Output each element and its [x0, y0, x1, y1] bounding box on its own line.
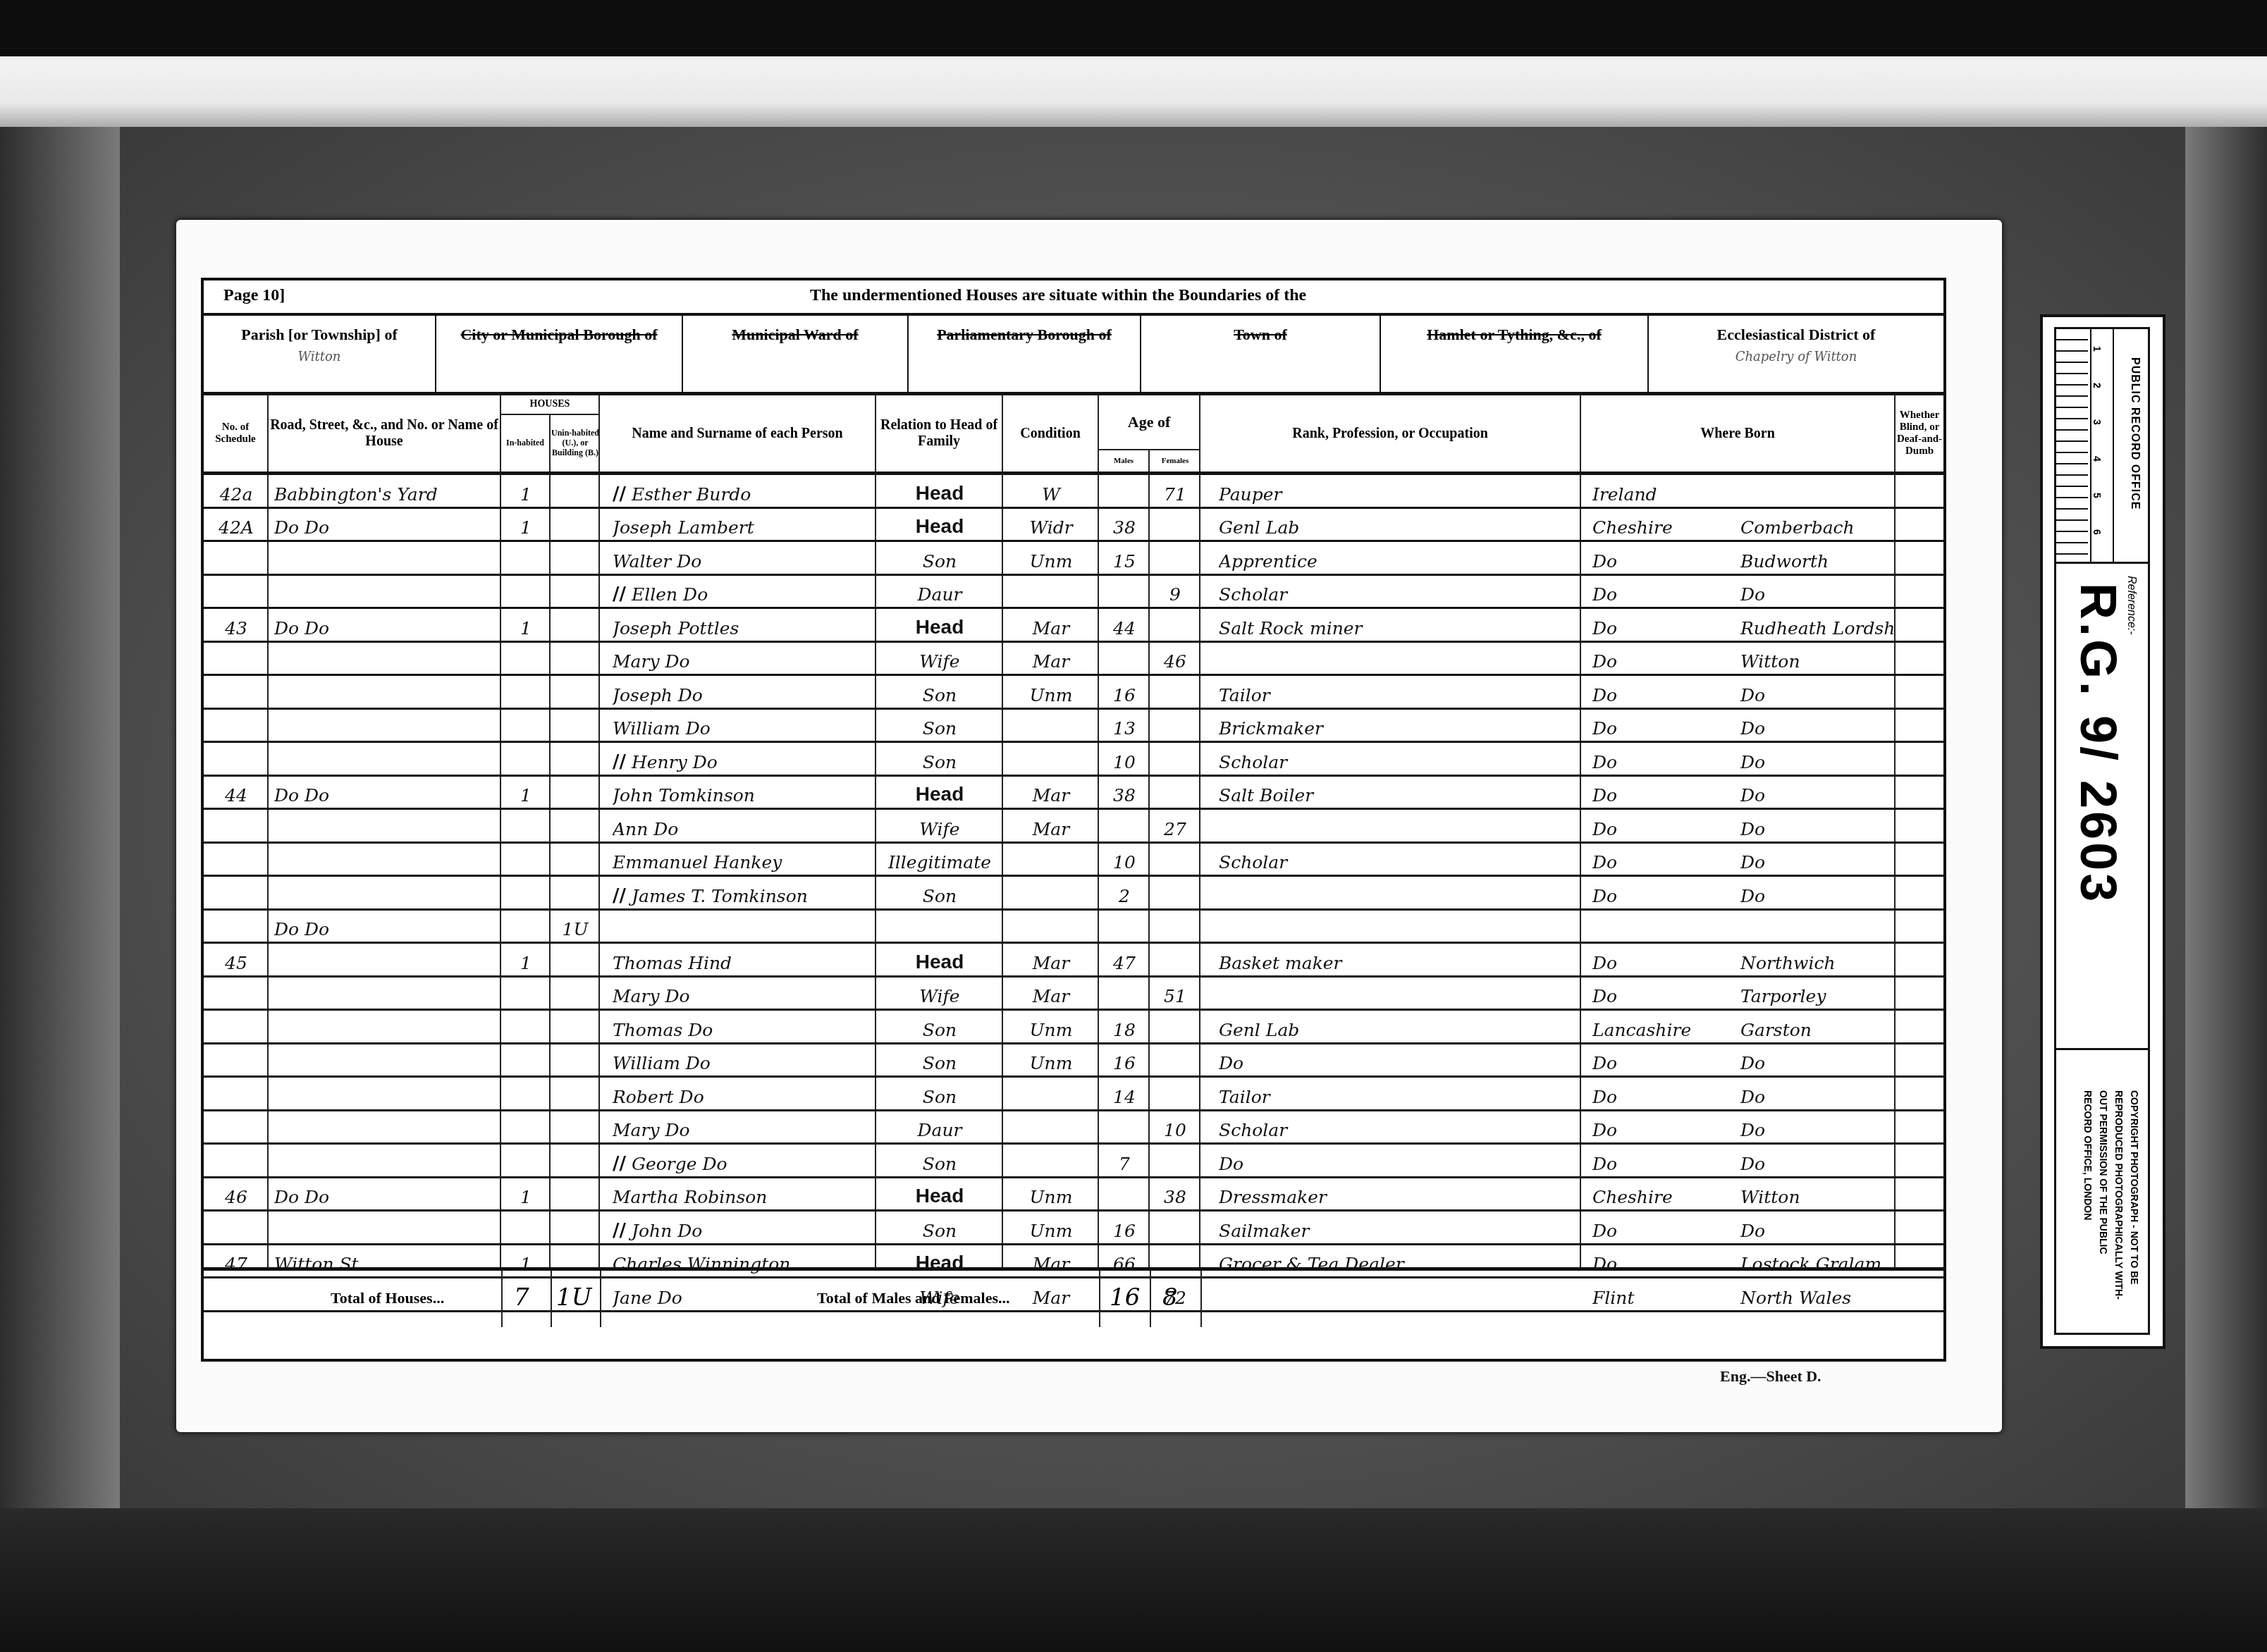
born-county-cell-text: Do [1592, 1087, 1617, 1107]
relation-cell: Illegitimate [876, 844, 1003, 877]
male-age-cell-text: 10 [1113, 752, 1136, 772]
schedule-number [204, 1145, 269, 1178]
inhabited-cell [501, 1044, 551, 1078]
relation-cell: Son [876, 1212, 1003, 1245]
schedule-number [204, 1078, 269, 1111]
schedule-number-text: 46 [225, 1187, 247, 1207]
occupation-cell-text: Scholar [1219, 584, 1287, 605]
born-county-cell-text: Do [1592, 953, 1617, 973]
relation-cell-text: Son [923, 1221, 957, 1241]
occupation-cell: Scholar [1219, 1111, 1578, 1145]
relation-cell-text: Son [923, 886, 957, 906]
occupation-cell-text: Dressmaker [1219, 1187, 1327, 1207]
born-place-cell: Witton [1740, 1178, 1896, 1212]
sheet-footer: Eng.—Sheet D. [1720, 1367, 1821, 1386]
born-place-cell-text: Northwich [1740, 953, 1836, 973]
male-age-cell-text: 38 [1113, 517, 1136, 538]
occupation-cell: Tailor [1219, 676, 1578, 710]
uninhabited-cell [551, 710, 600, 744]
relation-cell-text: Wife [919, 819, 959, 839]
relation-cell: Son [876, 1011, 1003, 1044]
born-county-cell: Do [1592, 1145, 1733, 1178]
relation-cell-text: Son [923, 718, 957, 739]
name-cell: Robert Do [613, 1078, 876, 1111]
reference-strip-inner: 123456 PUBLIC RECORD OFFICE Reference:- … [2054, 327, 2150, 1335]
born-place-cell: Do [1740, 1044, 1896, 1078]
born-place-cell: Do [1740, 777, 1896, 810]
male-age-cell [1099, 1178, 1150, 1212]
female-age-cell [1150, 743, 1200, 777]
table-row: Emmanuel HankeyIllegitimate10ScholarDoDo [204, 844, 1943, 877]
total-houses-inhabited: 7 [514, 1283, 529, 1312]
condition-cell-text: Unm [1030, 1020, 1073, 1040]
male-age-cell-text: 18 [1113, 1020, 1136, 1040]
name-cell-text: John Tomkinson [613, 785, 755, 806]
schedule-number-text: 44 [225, 785, 247, 806]
male-age-cell-text: 38 [1113, 785, 1136, 806]
road-cell [274, 1044, 500, 1078]
inhabited-cell [501, 1078, 551, 1111]
born-county-cell: Cheshire [1592, 1178, 1733, 1212]
title-row: Page 10] The undermentioned Houses are s… [204, 281, 1943, 316]
born-place-cell-text: Comberbach [1740, 517, 1855, 538]
schedule-number [204, 810, 269, 844]
photo-background-bottom [0, 1508, 2267, 1652]
road-cell [274, 542, 500, 576]
inhabited-cell [501, 911, 551, 944]
copyright-notice: COPYRIGHT PHOTOGRAPH - NOT TO BE REPRODU… [2080, 1090, 2142, 1300]
uninhabited-cell [551, 810, 600, 844]
born-place-cell: Do [1740, 1078, 1896, 1111]
occupation-cell: Salt Rock miner [1219, 609, 1578, 643]
relation-cell: Head [876, 944, 1003, 978]
female-age-cell: 10 [1150, 1111, 1200, 1145]
female-age-cell: 27 [1150, 810, 1200, 844]
column-divider [1200, 1271, 1202, 1327]
uninhabited-cell [551, 676, 600, 710]
relation-cell-text: Son [923, 1020, 957, 1040]
relation-cell: Head [876, 475, 1003, 509]
male-age-cell: 7 [1099, 1145, 1150, 1178]
road-cell: Do Do [274, 777, 500, 810]
uninhabited-cell [551, 1178, 600, 1212]
road-cell-text: Do Do [274, 1187, 329, 1207]
name-cell-text: Mary Do [613, 1120, 690, 1140]
condition-cell-text: Unm [1030, 1187, 1073, 1207]
born-county-cell-text: Do [1592, 718, 1617, 739]
born-county-cell: Do [1592, 978, 1733, 1011]
relation-cell-text: Head [916, 783, 964, 806]
header-females: Females [1150, 449, 1200, 471]
schedule-number [204, 1212, 269, 1245]
female-age-cell-text: 10 [1164, 1120, 1186, 1140]
relation-cell: Son [876, 1145, 1003, 1178]
relation-cell-text: Son [923, 752, 957, 772]
female-age-cell-text: 71 [1164, 484, 1186, 505]
schedule-number [204, 844, 269, 877]
female-age-cell [1150, 944, 1200, 978]
schedule-number [204, 1111, 269, 1145]
road-cell-text: Do Do [274, 785, 329, 806]
name-cell-text: Martha Robinson [613, 1187, 767, 1207]
condition-cell [1003, 1111, 1099, 1145]
born-county-cell-text: Do [1592, 1154, 1617, 1174]
form-title: The undermentioned Houses are situate wi… [810, 286, 1306, 305]
ruler-number: 6 [2091, 529, 2103, 535]
male-age-cell-text: 44 [1113, 618, 1136, 639]
ruler-number: 5 [2091, 493, 2103, 498]
name-cell: Ann Do [613, 810, 876, 844]
male-age-cell: 15 [1099, 542, 1150, 576]
name-cell-text: Ellen Do [632, 584, 708, 605]
born-place-cell-text: Do [1740, 1120, 1765, 1140]
photo-background-top [0, 0, 2267, 63]
photo-background-right [2185, 127, 2267, 1508]
inhabited-cell [501, 743, 551, 777]
road-cell [274, 676, 500, 710]
female-age-cell [1150, 911, 1200, 944]
road-cell [274, 743, 500, 777]
header-where-born: Where Born [1581, 395, 1896, 471]
male-age-cell: 10 [1099, 743, 1150, 777]
household-end-mark: // [613, 1153, 626, 1174]
male-age-cell-text: 16 [1113, 685, 1136, 705]
occupation-cell-text: Basket maker [1219, 953, 1342, 973]
born-place-cell [1740, 911, 1896, 944]
census-sheet: Page 10] The undermentioned Houses are s… [176, 220, 2002, 1432]
born-place-cell-text: Do [1740, 752, 1765, 772]
uninhabited-cell [551, 609, 600, 643]
relation-cell-text: Head [916, 482, 964, 505]
ruler-number-column: 123456 [2090, 329, 2114, 562]
inhabited-cell [501, 1145, 551, 1178]
occupation-cell [1219, 877, 1578, 911]
name-cell-text: John Do [632, 1221, 702, 1241]
reference-strip: 123456 PUBLIC RECORD OFFICE Reference:- … [2040, 314, 2165, 1349]
road-cell [274, 1011, 500, 1044]
born-place-cell-text: Witton [1740, 1187, 1800, 1207]
schedule-number [204, 743, 269, 777]
inhabited-cell: 1 [501, 509, 551, 543]
male-age-cell: 38 [1099, 777, 1150, 810]
relation-cell: Son [876, 542, 1003, 576]
inhabited-cell [501, 1111, 551, 1145]
occupation-cell-text: Salt Rock miner [1219, 618, 1363, 639]
road-cell [274, 1212, 500, 1245]
occupation-cell: Tailor [1219, 1078, 1578, 1111]
uninhabited-cell-text: 1U [563, 919, 589, 939]
relation-cell: Wife [876, 643, 1003, 677]
female-age-cell [1150, 676, 1200, 710]
born-county-cell: Do [1592, 643, 1733, 677]
name-cell: Joseph Lambert [613, 509, 876, 543]
schedule-number: 42a [204, 475, 269, 509]
relation-cell-text: Wife [919, 986, 959, 1006]
inhabited-cell-text: 1 [520, 1187, 532, 1207]
table-row: 451Thomas HindHeadMar47Basket makerDoNor… [204, 944, 1943, 978]
born-place-cell-text: Do [1740, 1154, 1765, 1174]
public-record-office-label: PUBLIC RECORD OFFICE [2128, 357, 2141, 510]
born-place-cell: Garston [1740, 1011, 1896, 1044]
table-row: //John DoSonUnm16SailmakerDoDo [204, 1212, 1943, 1245]
name-cell: Joseph Pottles [613, 609, 876, 643]
born-county-cell-text: Cheshire [1592, 1187, 1673, 1207]
table-row: 42ADo Do1Joseph LambertHeadWidr38Genl La… [204, 509, 1943, 543]
condition-cell-text: W [1042, 484, 1060, 505]
uninhabited-cell [551, 509, 600, 543]
occupation-cell-text: Tailor [1219, 1087, 1270, 1107]
occupation-cell: Dressmaker [1219, 1178, 1578, 1212]
born-place-cell: Do [1740, 810, 1896, 844]
condition-cell: Unm [1003, 676, 1099, 710]
road-cell-text: Babbington's Yard [274, 484, 438, 505]
relation-cell: Wife [876, 978, 1003, 1011]
uninhabited-cell [551, 844, 600, 877]
total-males: 16 [1110, 1283, 1140, 1312]
name-cell-text: Joseph Lambert [613, 517, 754, 538]
column-divider [600, 1271, 601, 1327]
header-uninhabited: Unin-habited (U.), or Building (B.) [551, 415, 600, 471]
male-age-cell: 16 [1099, 1212, 1150, 1245]
born-county-cell-text: Ireland [1592, 484, 1657, 505]
born-county-cell: Lancashire [1592, 1011, 1733, 1044]
male-age-cell [1099, 810, 1150, 844]
occupation-cell: Scholar [1219, 844, 1578, 877]
road-cell: Do Do [274, 609, 500, 643]
relation-cell: Head [876, 609, 1003, 643]
female-age-cell [1150, 1078, 1200, 1111]
inhabited-cell-text: 1 [520, 484, 532, 505]
place-label: Ecclesiastical District of [1649, 326, 1943, 344]
born-place-cell-text: Do [1740, 1087, 1765, 1107]
relation-cell: Daur [876, 576, 1003, 610]
condition-cell: Mar [1003, 944, 1099, 978]
male-age-cell [1099, 1111, 1150, 1145]
occupation-cell: Pauper [1219, 475, 1578, 509]
condition-cell-text: Mar [1033, 953, 1069, 973]
schedule-number [204, 1011, 269, 1044]
born-county-cell: Do [1592, 877, 1733, 911]
schedule-number [204, 676, 269, 710]
name-cell-text: Ann Do [613, 819, 678, 839]
road-cell [274, 844, 500, 877]
born-place-cell: Tarporley [1740, 978, 1896, 1011]
household-end-mark: // [613, 885, 626, 906]
relation-cell: Son [876, 877, 1003, 911]
header-houses-label: HOUSES [501, 395, 598, 415]
road-cell [274, 877, 500, 911]
born-county-cell: Do [1592, 1212, 1733, 1245]
female-age-cell [1150, 1145, 1200, 1178]
totals-row: Total of Houses... 7 1U Total of Males a… [204, 1267, 1943, 1327]
born-place-cell: Rudheath Lordship [1740, 609, 1896, 643]
born-county-cell-text: Do [1592, 986, 1617, 1006]
inhabited-cell-text: 1 [520, 953, 532, 973]
inhabited-cell [501, 710, 551, 744]
born-county-cell-text: Do [1592, 651, 1617, 672]
condition-cell: W [1003, 475, 1099, 509]
born-place-cell: Do [1740, 743, 1896, 777]
column-divider [1099, 1271, 1100, 1327]
schedule-number [204, 1044, 269, 1078]
condition-cell-text: Mar [1033, 785, 1069, 806]
name-cell-text: Mary Do [613, 986, 690, 1006]
schedule-number [204, 643, 269, 677]
table-row: Thomas DoSonUnm18Genl LabLancashireGarst… [204, 1011, 1943, 1044]
table-row: Mary DoWifeMar51DoTarporley [204, 978, 1943, 1011]
occupation-cell-text: Tailor [1219, 685, 1270, 705]
female-age-cell-text: 51 [1164, 986, 1186, 1006]
born-county-cell-text: Cheshire [1592, 517, 1673, 538]
born-county-cell: Do [1592, 609, 1733, 643]
born-place-cell-text: Do [1740, 852, 1765, 873]
relation-cell: Head [876, 1178, 1003, 1212]
place-label: Parliamentary Borough of [909, 326, 1140, 344]
born-county-cell: Do [1592, 743, 1733, 777]
male-age-cell-text: 16 [1113, 1053, 1136, 1073]
occupation-cell-text: Do [1219, 1154, 1243, 1174]
household-end-mark: // [613, 584, 626, 605]
condition-cell [1003, 710, 1099, 744]
born-county-cell: Do [1592, 542, 1733, 576]
inhabited-cell: 1 [501, 944, 551, 978]
condition-cell: Unm [1003, 1212, 1099, 1245]
table-row: //James T. TomkinsonSon2DoDo [204, 877, 1943, 911]
schedule-number-text: 43 [225, 618, 247, 639]
inhabited-cell [501, 844, 551, 877]
inhabited-cell [501, 810, 551, 844]
uninhabited-cell [551, 542, 600, 576]
occupation-cell: Genl Lab [1219, 1011, 1578, 1044]
table-row: Mary DoWifeMar46DoWitton [204, 643, 1943, 677]
condition-cell-text: Mar [1033, 651, 1069, 672]
occupation-cell [1219, 911, 1578, 944]
uninhabited-cell [551, 877, 600, 911]
household-end-mark: // [613, 483, 626, 505]
inhabited-cell [501, 676, 551, 710]
male-age-cell [1099, 643, 1150, 677]
table-row: Robert DoSon14TailorDoDo [204, 1078, 1943, 1111]
inhabited-cell [501, 877, 551, 911]
relation-cell-text: Head [916, 515, 964, 538]
inhabited-cell [501, 978, 551, 1011]
road-cell [274, 1145, 500, 1178]
condition-cell: Mar [1003, 978, 1099, 1011]
born-county-cell-text: Do [1592, 752, 1617, 772]
condition-cell: Widr [1003, 509, 1099, 543]
condition-cell [1003, 1145, 1099, 1178]
photo-background-band [0, 56, 2267, 134]
ruler-number: 1 [2091, 346, 2103, 352]
born-place-cell-text: Tarporley [1740, 986, 1826, 1006]
occupation-cell [1219, 978, 1578, 1011]
occupation-cell: Basket maker [1219, 944, 1578, 978]
header-age-label: Age of [1099, 395, 1199, 449]
born-place-cell: Budworth [1740, 542, 1896, 576]
table-row: Joseph DoSonUnm16TailorDoDo [204, 676, 1943, 710]
place-label: City or Municipal Borough of [436, 326, 682, 344]
female-age-cell: 46 [1150, 643, 1200, 677]
place-cell: Town of [1141, 316, 1381, 392]
relation-cell: Wife [876, 810, 1003, 844]
road-cell: Babbington's Yard [274, 475, 500, 509]
female-age-cell [1150, 1011, 1200, 1044]
inhabited-cell-text: 1 [520, 618, 532, 639]
born-county-cell: Do [1592, 1111, 1733, 1145]
born-place-cell: Do [1740, 877, 1896, 911]
total-persons-label: Total of Males and Females... [817, 1289, 1010, 1307]
road-cell [274, 944, 500, 978]
female-age-cell [1150, 877, 1200, 911]
place-label: Town of [1141, 326, 1380, 344]
reference-code: R.G. 9/ 2603 [2069, 583, 2127, 904]
name-cell-text: Henry Do [632, 752, 718, 772]
ruler-number: 3 [2091, 419, 2103, 425]
table-row: Mary DoDaur10ScholarDoDo [204, 1111, 1943, 1145]
male-age-cell-text: 2 [1119, 886, 1130, 906]
born-county-cell-text: Do [1592, 852, 1617, 873]
male-age-cell: 2 [1099, 877, 1150, 911]
female-age-cell: 38 [1150, 1178, 1200, 1212]
female-age-cell [1150, 542, 1200, 576]
inhabited-cell: 1 [501, 475, 551, 509]
born-county-cell: Do [1592, 844, 1733, 877]
relation-cell-text: Daur [917, 1120, 962, 1140]
relation-cell-text: Head [916, 616, 964, 639]
total-houses-label: Total of Houses... [331, 1289, 444, 1307]
table-row: William DoSonUnm16DoDoDo [204, 1044, 1943, 1078]
born-county-cell: Do [1592, 576, 1733, 610]
occupation-cell: Do [1219, 1044, 1578, 1078]
female-age-cell [1150, 1212, 1200, 1245]
total-females: 8 [1162, 1283, 1178, 1312]
name-cell: //John Do [613, 1212, 876, 1245]
born-place-cell: Do [1740, 844, 1896, 877]
schedule-number-text: 42a [220, 484, 253, 505]
female-age-cell [1150, 710, 1200, 744]
table-row: 42aBabbington's Yard1//Esther BurdoHeadW… [204, 475, 1943, 509]
table-row: //George DoSon7DoDoDo [204, 1145, 1943, 1178]
male-age-cell: 38 [1099, 509, 1150, 543]
uninhabited-cell [551, 743, 600, 777]
header-schedule: No. of Schedule [204, 395, 269, 471]
name-cell: Mary Do [613, 643, 876, 677]
relation-cell-text: Son [923, 685, 957, 705]
table-row: Ann DoWifeMar27DoDo [204, 810, 1943, 844]
place-cell: Parliamentary Borough of [909, 316, 1141, 392]
name-cell: //James T. Tomkinson [613, 877, 876, 911]
name-cell-text: Walter Do [613, 551, 701, 572]
uninhabited-cell [551, 777, 600, 810]
condition-cell [1003, 576, 1099, 610]
schedule-number [204, 710, 269, 744]
uninhabited-cell [551, 978, 600, 1011]
occupation-cell-text: Scholar [1219, 752, 1287, 772]
occupation-cell-text: Scholar [1219, 1120, 1287, 1140]
photo-background-left [0, 127, 120, 1508]
born-county-cell: Do [1592, 710, 1733, 744]
condition-cell-text: Unm [1030, 1053, 1073, 1073]
place-cell: Parish [or Township] ofWitton [204, 316, 436, 392]
name-cell-text: William Do [613, 1053, 711, 1073]
table-row: Do Do1U [204, 911, 1943, 944]
occupation-cell: Genl Lab [1219, 509, 1578, 543]
table-row: //Ellen DoDaur9ScholarDoDo [204, 576, 1943, 610]
occupation-cell: Scholar [1219, 576, 1578, 610]
name-cell: //George Do [613, 1145, 876, 1178]
schedule-number [204, 877, 269, 911]
header-condition: Condition [1003, 395, 1099, 471]
